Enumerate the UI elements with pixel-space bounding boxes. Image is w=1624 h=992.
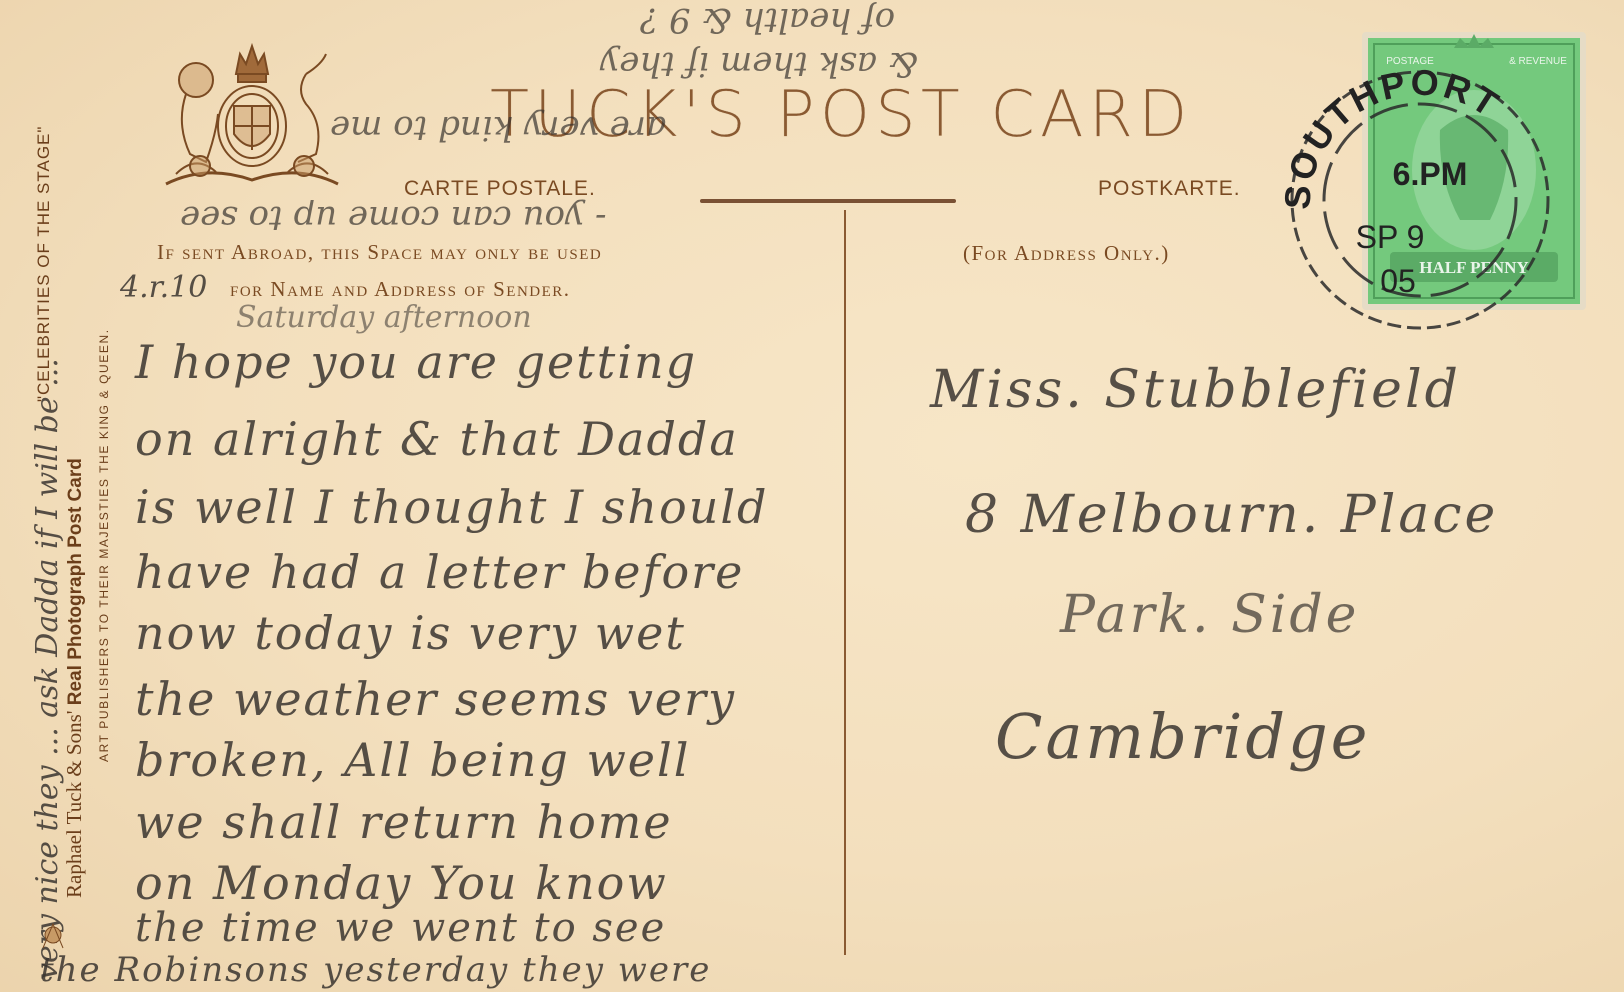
upside-down-note-line: are very kind to me <box>330 108 666 148</box>
southport-postmark: SOUTHPORT 6.PM SP 9 05 <box>1270 60 1550 340</box>
message-line: on Monday You know <box>135 856 668 910</box>
message-heading: Saturday afternoon <box>236 300 532 335</box>
address-line-name: Miss. Stubblefield <box>930 360 1461 420</box>
header-rule <box>700 199 956 203</box>
address-line-area: Park. Side <box>1060 585 1359 645</box>
message-line: the weather seems very <box>135 672 736 726</box>
message-line: broken, All being well <box>135 733 690 787</box>
message-line: I hope you are getting <box>135 335 697 389</box>
upside-down-note-line: of health & 9 ? <box>640 0 895 40</box>
message-line: on alright & that Dadda <box>135 412 739 466</box>
message-line: now today is very wet <box>135 606 686 660</box>
royal-coat-of-arms-icon <box>156 34 348 200</box>
royal-appointment-text: ART PUBLISHERS TO THEIR MAJESTIES THE KI… <box>97 328 111 762</box>
upside-down-note-line: - you can come up to see <box>180 198 606 238</box>
center-divider-line <box>844 210 846 955</box>
postcard-back: TUCK'S POST CARD CARTE POSTALE. POSTKART… <box>0 0 1624 992</box>
easel-palette-trademark-icon <box>38 920 68 950</box>
product-name: Real Photograph Post Card <box>65 458 86 705</box>
postmark-time: 6.PM <box>1393 156 1468 192</box>
message-line: the time we went to see <box>135 905 666 951</box>
postmark-date: SP 9 <box>1356 219 1425 255</box>
message-line: we shall return home <box>135 795 673 849</box>
publisher-imprint: Raphael Tuck & Sons' Real Photograph Pos… <box>62 458 87 898</box>
address-only-label: (For Address Only.) <box>963 241 1170 266</box>
postmark-year: 05 <box>1380 263 1416 299</box>
address-line-street: 8 Melbourn. Place <box>965 485 1498 545</box>
upside-down-note-line: & ask them if they <box>600 44 918 84</box>
address-line-city: Cambridge <box>995 700 1370 773</box>
postkarte-label: POSTKARTE. <box>1098 177 1241 201</box>
margin-note: very nice they ... ask Dadda if I will b… <box>30 358 65 980</box>
message-line: the Robinsons yesterday they were <box>40 950 711 990</box>
date-note: 4.r.10 <box>120 270 207 305</box>
publisher-name: Raphael Tuck & Sons' <box>62 705 86 898</box>
sender-instruction-line-2: for Name and Address of Sender. <box>230 277 571 302</box>
message-line: is well I thought I should <box>135 480 769 534</box>
sender-instruction-line-1: If sent Abroad, this Space may only be u… <box>157 240 602 265</box>
message-line: have had a letter before <box>135 545 744 599</box>
